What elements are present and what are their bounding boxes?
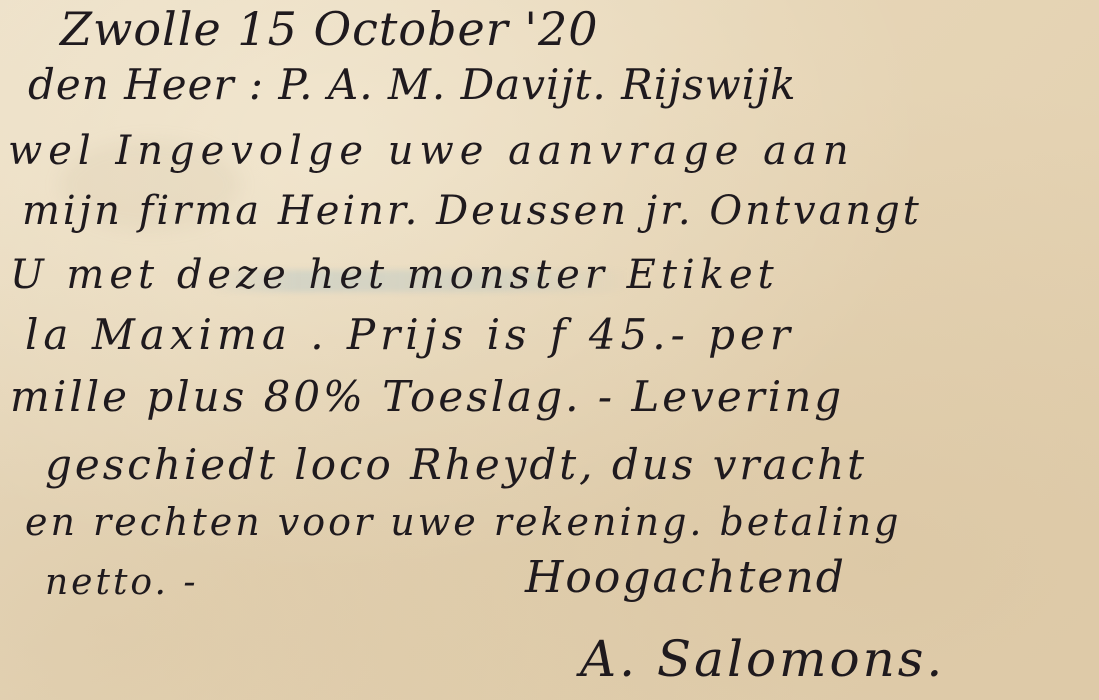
- body-line-5: mille plus 80% Toeslag. - Levering: [10, 372, 844, 421]
- signature: A. Salomons.: [580, 630, 945, 688]
- postcard: Zwolle 15 October '20 den Heer : P. A. M…: [0, 0, 1099, 700]
- body-line-1: wel Ingevolge uwe aanvrage aan: [8, 128, 855, 174]
- body-line-4: la Maxima . Prijs is f 45.- per: [25, 310, 795, 359]
- body-line-7: en rechten voor uwe rekening. betaling: [25, 500, 901, 544]
- closing-salutation: Hoogachtend: [525, 552, 846, 603]
- addressee-line: den Heer : P. A. M. Davijt. Rijswijk: [28, 60, 797, 109]
- place-date-line: Zwolle 15 October '20: [60, 2, 599, 56]
- body-line-3: U met deze het monster Etiket: [10, 252, 779, 298]
- body-line-6: geschiedt loco Rheydt, dus vracht: [45, 440, 867, 489]
- body-line-2: mijn firma Heinr. Deussen jr. Ontvangt: [22, 188, 922, 234]
- body-line-8: netto. -: [45, 562, 199, 603]
